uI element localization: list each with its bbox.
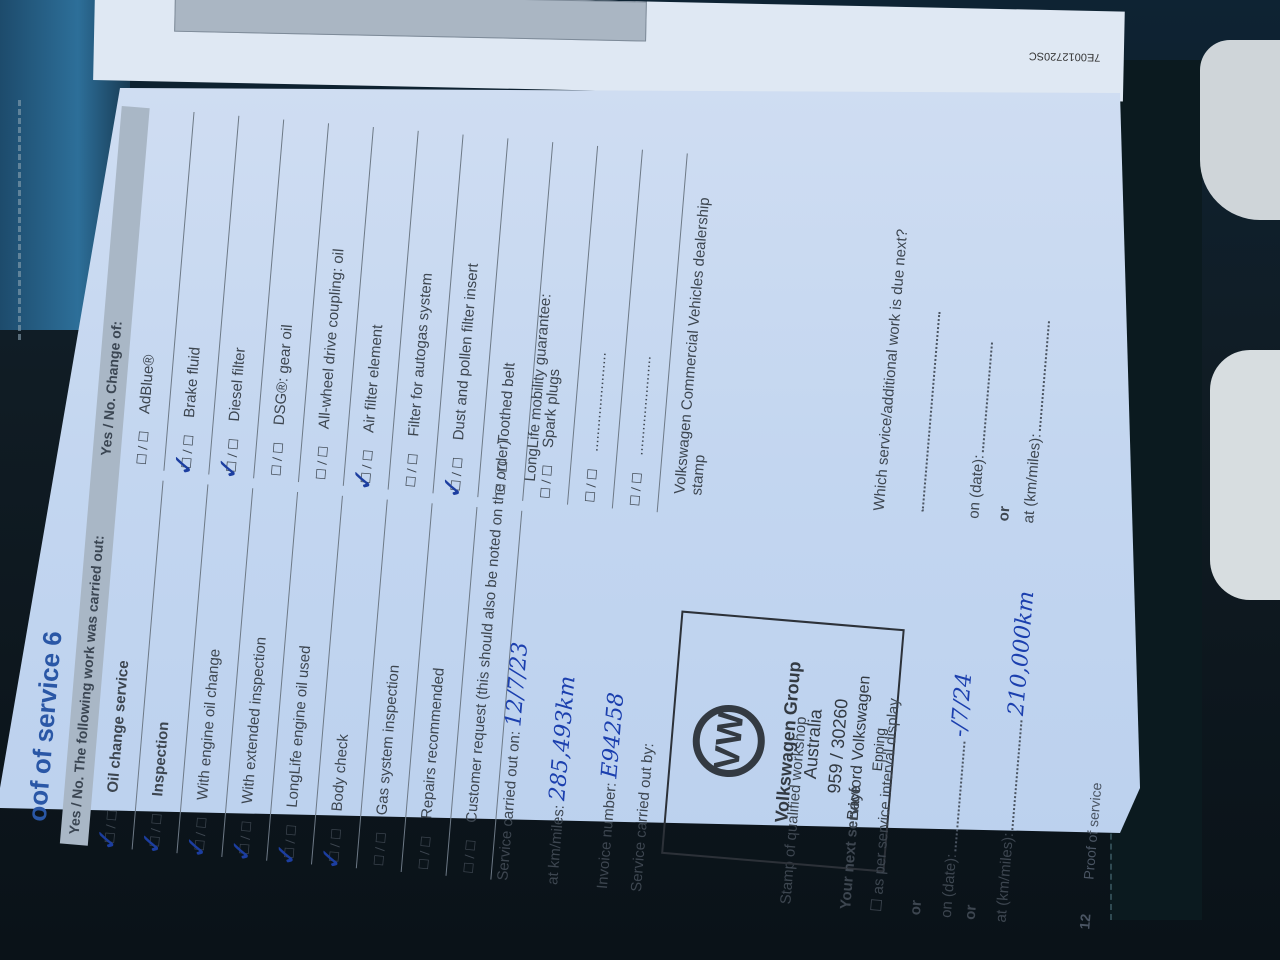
change-item-label: Air filter element: [360, 324, 386, 433]
checkbox-icon[interactable]: ☐: [868, 898, 886, 913]
additional-work-heading: Which service/additional work is due nex…: [871, 228, 912, 511]
checkmark-icon: ✓: [179, 834, 214, 860]
checkmark-icon: ✓: [211, 455, 246, 481]
invoice-value: E94258: [597, 691, 629, 779]
footer-label: Proof of service: [1080, 782, 1104, 880]
yes-no-checkbox[interactable]: ☐ / ☐: [627, 472, 646, 507]
change-item-label: ........................: [585, 351, 610, 452]
change-item-label: Filter for autogas system: [405, 272, 436, 437]
work-item-label: Repairs recommended: [418, 667, 448, 820]
change-item-label: Brake fluid: [181, 346, 204, 418]
work-item-label: With extended inspection: [239, 636, 270, 804]
next-date-field[interactable]: on (date): -/7/24: [932, 672, 977, 919]
checkmark-icon: ✓: [134, 830, 169, 856]
dealer-stamp: VW Volkswagen Group Australia 959 / 3026…: [661, 611, 905, 873]
yes-no-checkbox[interactable]: ☐ / ☐: [582, 468, 601, 503]
change-item-label: All-wheel drive coupling: oil: [315, 248, 347, 430]
checkmark-icon: ✓: [89, 826, 124, 852]
checkmark-icon: ✓: [166, 452, 201, 478]
additional-date-field[interactable]: on (date):: [965, 341, 997, 519]
work-item-label: Gas system inspection: [373, 664, 403, 816]
yes-no-checkbox[interactable]: ☐ / ☐: [313, 445, 332, 480]
vw-logo-icon: VW: [690, 702, 768, 780]
checkmark-icon: ✓: [224, 838, 259, 864]
yes-no-checkbox[interactable]: ☐ / ☐: [268, 441, 287, 476]
service-book-page: oof of service 6 Yes / No. The following…: [0, 0, 1280, 960]
work-item-label: Oil change service: [104, 660, 132, 794]
change-item-label: Dust and pollen filter insert: [450, 263, 482, 441]
yes-no-checkbox[interactable]: ☐ / ☐: [416, 835, 435, 870]
yes-no-checkbox[interactable]: ☐ / ☐: [493, 460, 512, 495]
change-item-label: AdBlue®: [136, 354, 158, 415]
checkmark-icon: ✓: [269, 842, 304, 868]
next-km-field[interactable]: at (km/miles): 210,000km: [987, 590, 1040, 923]
checkmark-icon: ✓: [435, 474, 470, 500]
page-content: oof of service 6 Yes / No. The following…: [20, 83, 1200, 934]
km-field[interactable]: at km/miles: 285,493km: [538, 675, 580, 886]
additional-work-field[interactable]: [910, 311, 944, 515]
yes-no-checkbox[interactable]: ☐ / ☐: [371, 831, 390, 866]
yes-no-checkbox[interactable]: ☐ / ☐: [461, 839, 480, 874]
checkmark-icon: ✓: [314, 845, 349, 871]
work-list: ☐ / ☐✓Oil change service☐ / ☐✓Inspection…: [88, 477, 523, 880]
work-item-label: With engine oil change: [194, 648, 224, 801]
yes-no-checkbox[interactable]: ☐ / ☐: [537, 464, 556, 499]
next-date-value: -/7/24: [947, 672, 977, 738]
work-item-label: Body check: [329, 733, 352, 812]
work-item-label: LongLife engine oil used: [284, 645, 315, 808]
carried-out-by-label: Service carried out by:: [628, 742, 657, 892]
km-value: 285,493km: [545, 675, 580, 802]
change-header: Yes / No. Change of:: [97, 320, 124, 456]
work-item-label: Inspection: [149, 721, 172, 797]
yes-no-checkbox[interactable]: ☐ / ☐: [134, 430, 153, 465]
yes-no-checkbox[interactable]: ☐ / ☐: [403, 453, 422, 488]
next-km-value: 210,000km: [1004, 590, 1039, 717]
invoice-field[interactable]: Invoice number: E94258: [588, 691, 629, 889]
change-item-label: Diesel filter: [226, 347, 249, 422]
change-list: ☐ / ☐AdBlue®☐ / ☐✓Brake fluid☐ / ☐✓Diese…: [120, 108, 688, 512]
checkmark-icon: ✓: [345, 467, 380, 493]
change-item-label: DSG®: gear oil: [271, 324, 296, 426]
additional-km-field[interactable]: at (km/miles):: [1020, 320, 1054, 524]
change-item-label: ........................: [629, 355, 654, 456]
change-item-label: Toothed belt: [495, 362, 519, 445]
page-number: 12: [1076, 913, 1093, 930]
